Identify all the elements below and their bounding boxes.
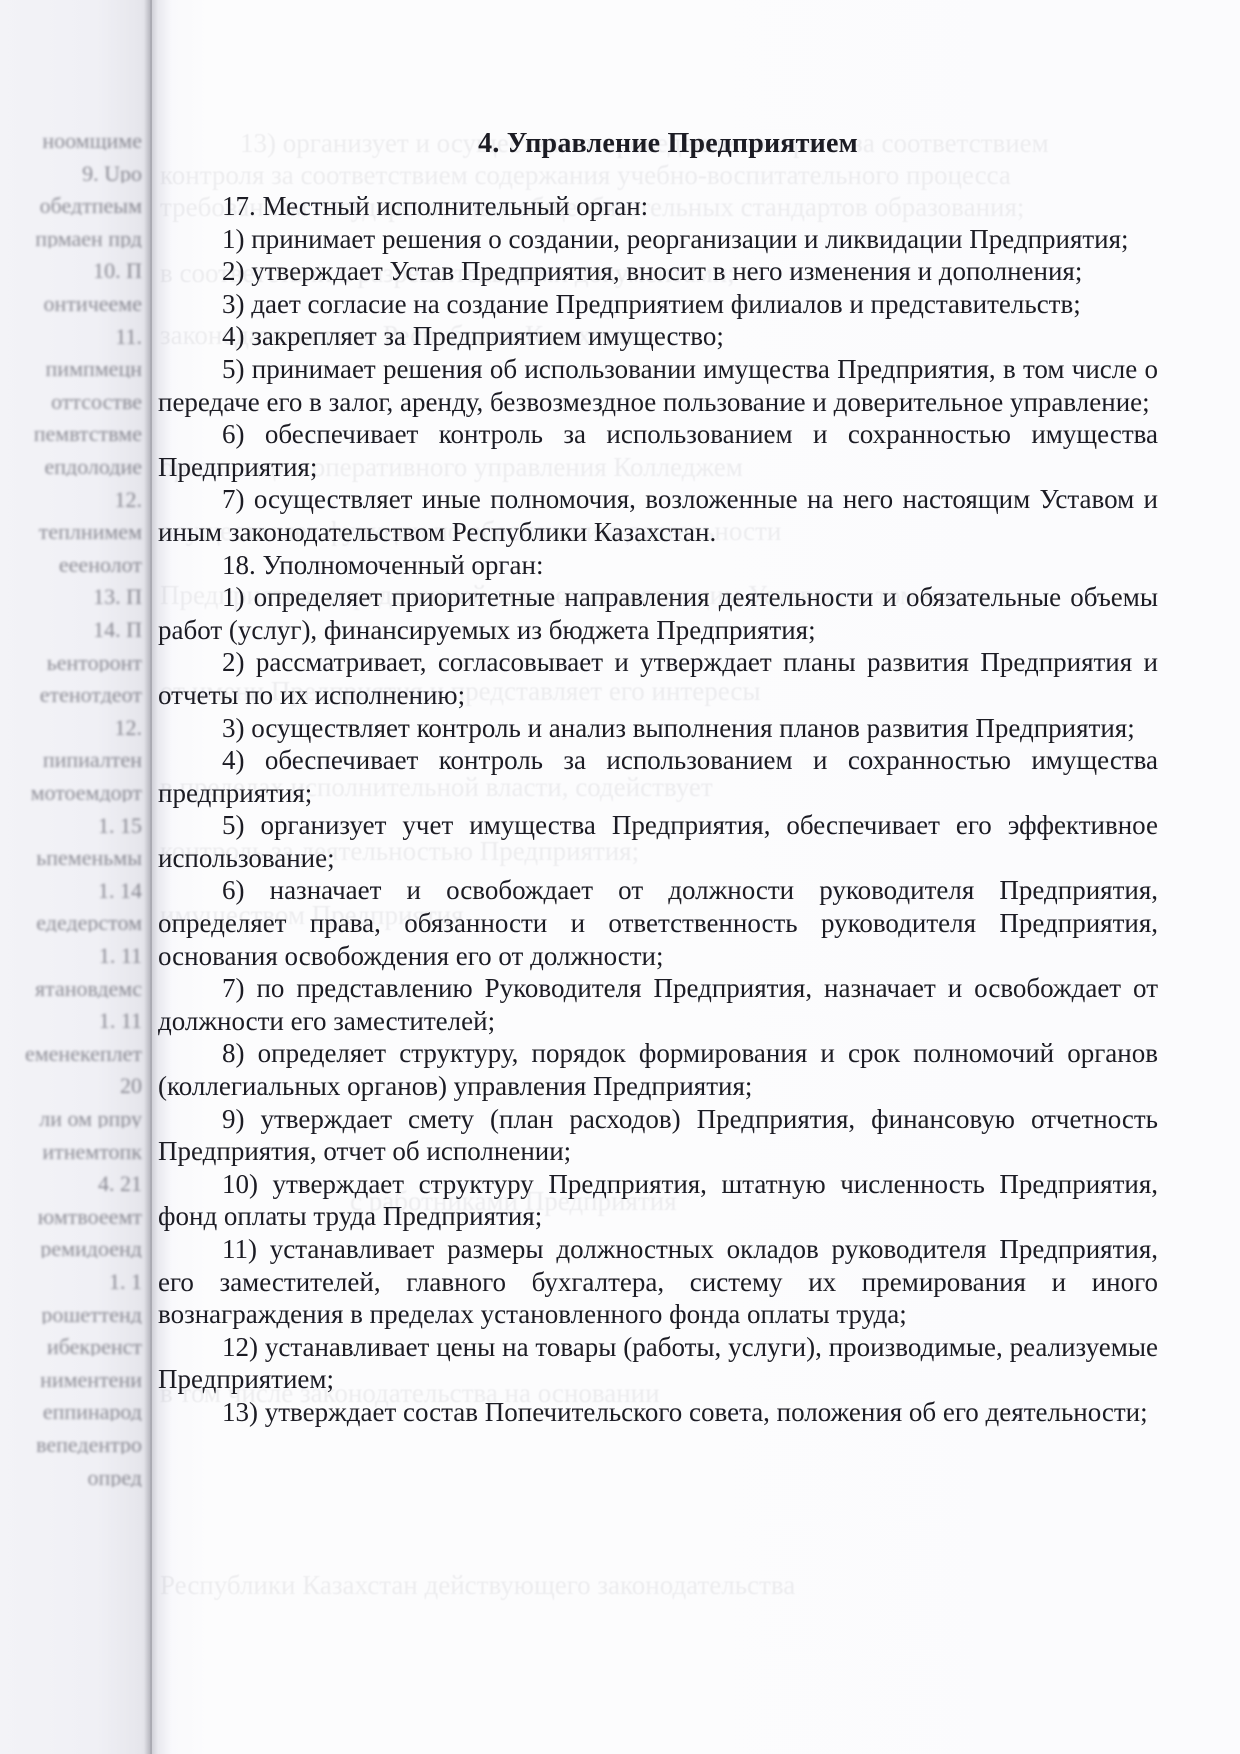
underlying-page-line: 1. 11 — [0, 943, 160, 965]
underlying-page-line: пипиалтен — [0, 747, 160, 769]
clause-17-item-7: 7) осуществляет иные полномочия, возложе… — [158, 483, 1158, 548]
clause-18-item-13: 13) утверждает состав Попечительского со… — [158, 1396, 1158, 1429]
clause-18-item-6: 6) назначает и освобождает от должности … — [158, 874, 1158, 972]
underlying-page-line: опред — [0, 1465, 160, 1487]
underlying-page-line: ятановдемс — [0, 976, 160, 998]
underlying-page-line: 1. 15 — [0, 813, 160, 835]
page-edge-shadow — [144, 0, 152, 1754]
clause-18-item-12: 12) устанавливает цены на товары (работы… — [158, 1331, 1158, 1396]
underlying-page-line: ееенолот — [0, 552, 160, 574]
clause-17-item-3: 3) дает согласие на создание Предприятие… — [158, 288, 1158, 321]
underlying-page-line: пимпмецн — [0, 356, 160, 378]
clause-18-item-2: 2) рассматривает, согласовывает и утверж… — [158, 646, 1158, 711]
underlying-page-line: 11. — [0, 324, 160, 346]
clause-18-item-7: 7) по представлению Руководителя Предпри… — [158, 972, 1158, 1037]
underlying-page-line: еменекеплет — [0, 1041, 160, 1063]
underlying-page-line: ли ом рпру — [0, 1106, 160, 1128]
clause-17-item-2: 2) утверждает Устав Предприятия, вносит … — [158, 255, 1158, 288]
underlying-page-line: теплнимем — [0, 519, 160, 541]
underlying-page-line: еппинарод — [0, 1399, 160, 1421]
underlying-page-line: прмаен прд — [0, 226, 160, 248]
underlying-page-line: ьпеменьмы — [0, 845, 160, 867]
clause-18-item-5: 5) организует учет имущества Предприятия… — [158, 809, 1158, 874]
clause-18-item-9: 9) утверждает смету (план расходов) Пред… — [158, 1103, 1158, 1168]
underlying-page-line: етенотдеот — [0, 682, 160, 704]
underlying-page: ноомщиме9. Upoобедтпеымпрмаен прд10. Пон… — [0, 0, 160, 1754]
clause-18-item-11: 11) устанавливает размеры должностных ок… — [158, 1233, 1158, 1331]
underlying-page-line: 12. — [0, 487, 160, 509]
underlying-page-line: мотоемдорт — [0, 780, 160, 802]
clause-17-heading: 17. Местный исполнительный орган: — [158, 190, 1158, 223]
document-body: 4. Управление Предприятием 17. Местный и… — [158, 128, 1158, 1429]
clause-18-item-4: 4) обеспечивает контроль за использовани… — [158, 744, 1158, 809]
section-title: 4. Управление Предприятием — [158, 128, 1158, 160]
clause-17-item-4: 4) закрепляет за Предприятием имущество; — [158, 320, 1158, 353]
clause-18-heading: 18. Уполномоченный орган: — [158, 549, 1158, 582]
clause-17-item-5: 5) принимает решения об использовании им… — [158, 353, 1158, 418]
underlying-page-line: пемвтствме — [0, 421, 160, 443]
underlying-page-line: итнемтопк — [0, 1139, 160, 1161]
underlying-page-line: 12. — [0, 715, 160, 737]
clause-17-item-6: 6) обеспечивает контроль за использовани… — [158, 418, 1158, 483]
clause-18-item-10: 10) утверждает структуру Предприятия, шт… — [158, 1168, 1158, 1233]
underlying-page-line: ноомщиме — [0, 128, 160, 150]
underlying-page-line: ремидоенд — [0, 1236, 160, 1258]
underlying-page-line: ибекренст — [0, 1334, 160, 1356]
underlying-page-line: 14. П — [0, 617, 160, 639]
underlying-page-line: рошеттенд — [0, 1302, 160, 1324]
underlying-page-line: едедерстом — [0, 910, 160, 932]
underlying-page-line: ьенторонт — [0, 650, 160, 672]
underlying-page-line: 1. 14 — [0, 878, 160, 900]
underlying-page-line: 1. 11 — [0, 1008, 160, 1030]
underlying-page-line: 1. 1 — [0, 1269, 160, 1291]
clause-18-item-3: 3) осуществляет контроль и анализ выполн… — [158, 712, 1158, 745]
underlying-page-line: 13. П — [0, 584, 160, 606]
underlying-page-line: 4. 21 — [0, 1171, 160, 1193]
underlying-page-line: 20 — [0, 1073, 160, 1095]
underlying-page-line: юмтвоеемт — [0, 1204, 160, 1226]
underlying-page-line: епдолодие — [0, 454, 160, 476]
underlying-page-line: онтичееме — [0, 291, 160, 313]
underlying-page-line: 9. Upo — [0, 161, 160, 183]
clause-18-item-1: 1) определяет приоритетные направления д… — [158, 581, 1158, 646]
clause-17-item-1: 1) принимает решения о создании, реорган… — [158, 223, 1158, 256]
underlying-page-line: ниментени — [0, 1367, 160, 1389]
underlying-page-line: обедтпеым — [0, 193, 160, 215]
underlying-page-line: оттсостве — [0, 389, 160, 411]
underlying-page-line: 10. П — [0, 258, 160, 280]
underlying-page-line: вепедентро — [0, 1432, 160, 1454]
clause-18-item-8: 8) определяет структуру, порядок формиро… — [158, 1037, 1158, 1102]
